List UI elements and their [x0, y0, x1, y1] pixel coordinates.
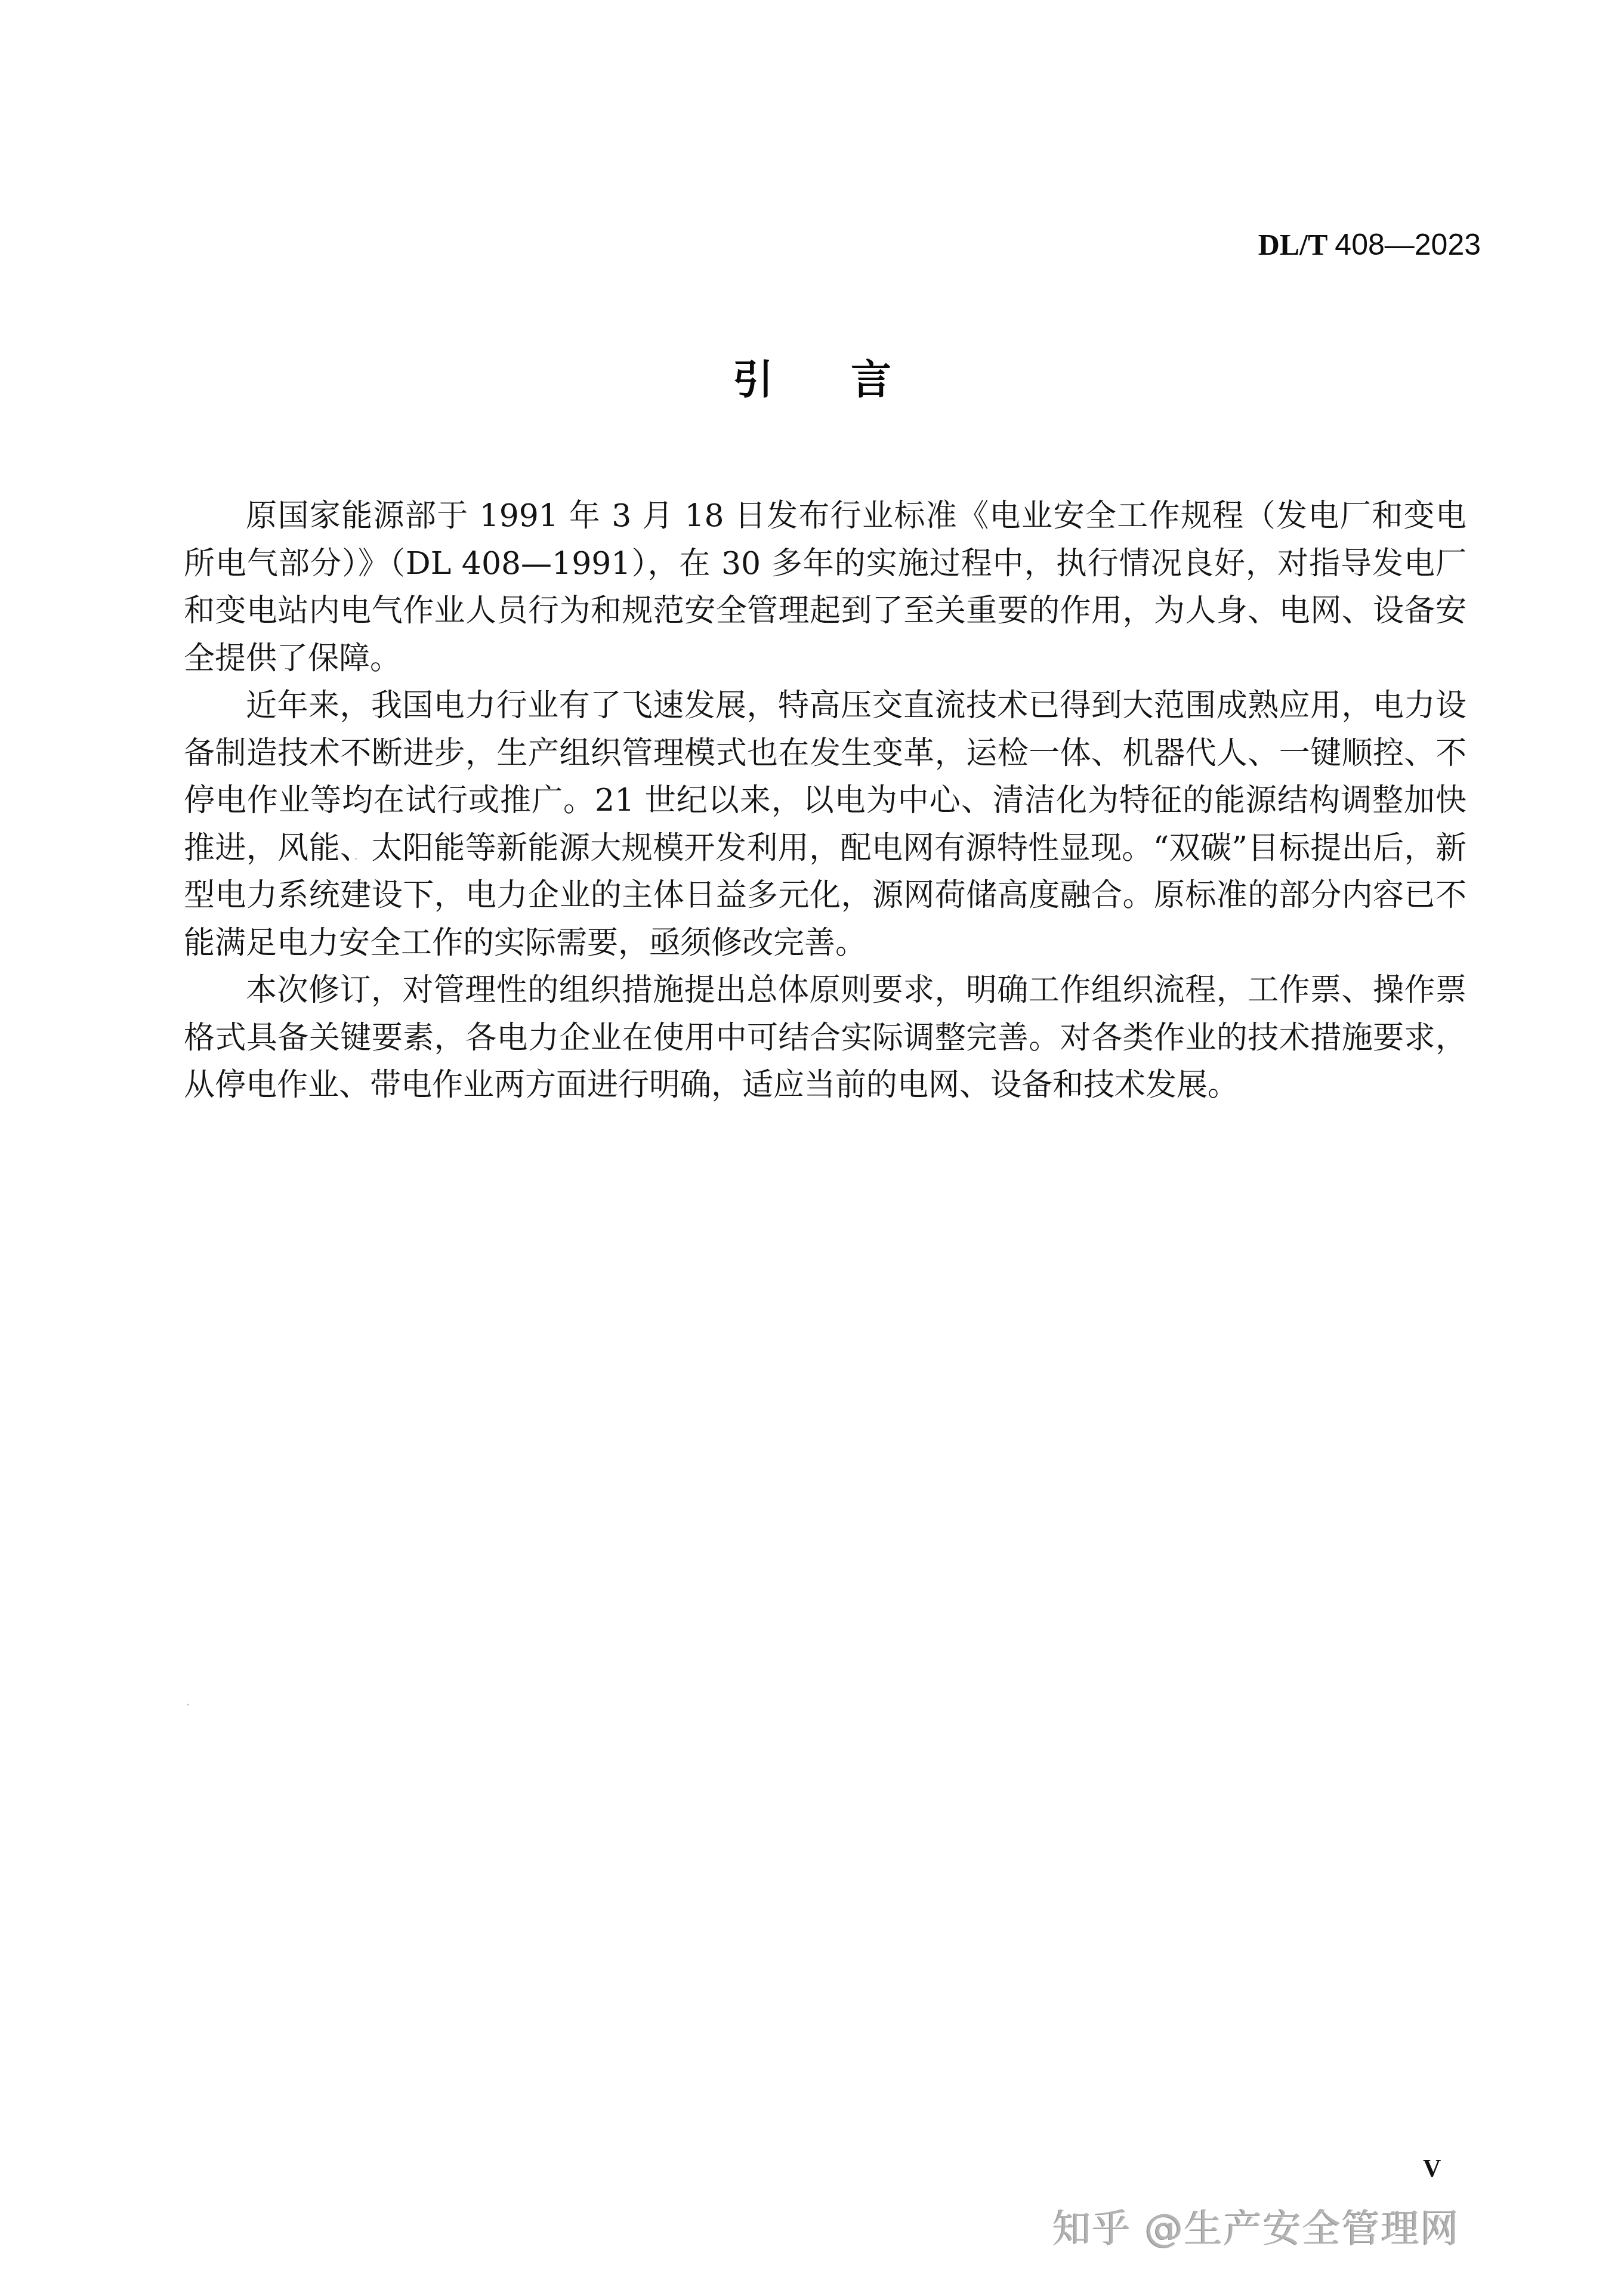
scan-speck — [355, 858, 357, 860]
paragraph-2: 近年来，我国电力行业有了飞速发展，特高压交直流技术已得到大范围成熟应用，电力设备… — [184, 682, 1466, 967]
paragraph-1: 原国家能源部于 1991 年 3 月 18 日发布行业标准《电业安全工作规程（发… — [184, 493, 1466, 682]
standard-code: DL/T408—2023 — [1258, 227, 1481, 262]
standard-number: 408—2023 — [1335, 228, 1481, 261]
page-number: V — [1423, 2155, 1441, 2183]
page-title: 引言 — [0, 357, 1624, 404]
watermark: 知乎 @生产安全管理网 — [1053, 2205, 1460, 2252]
paragraph-3: 本次修订，对管理性的组织措施提出总体原则要求，明确工作组织流程，工作票、操作票格… — [184, 967, 1466, 1110]
document-body: 原国家能源部于 1991 年 3 月 18 日发布行业标准《电业安全工作规程（发… — [184, 493, 1466, 1110]
scan-speck — [187, 1704, 189, 1705]
standard-prefix: DL/T — [1258, 228, 1328, 261]
document-page: DL/T408—2023 引言 原国家能源部于 1991 年 3 月 18 日发… — [0, 0, 1624, 2296]
